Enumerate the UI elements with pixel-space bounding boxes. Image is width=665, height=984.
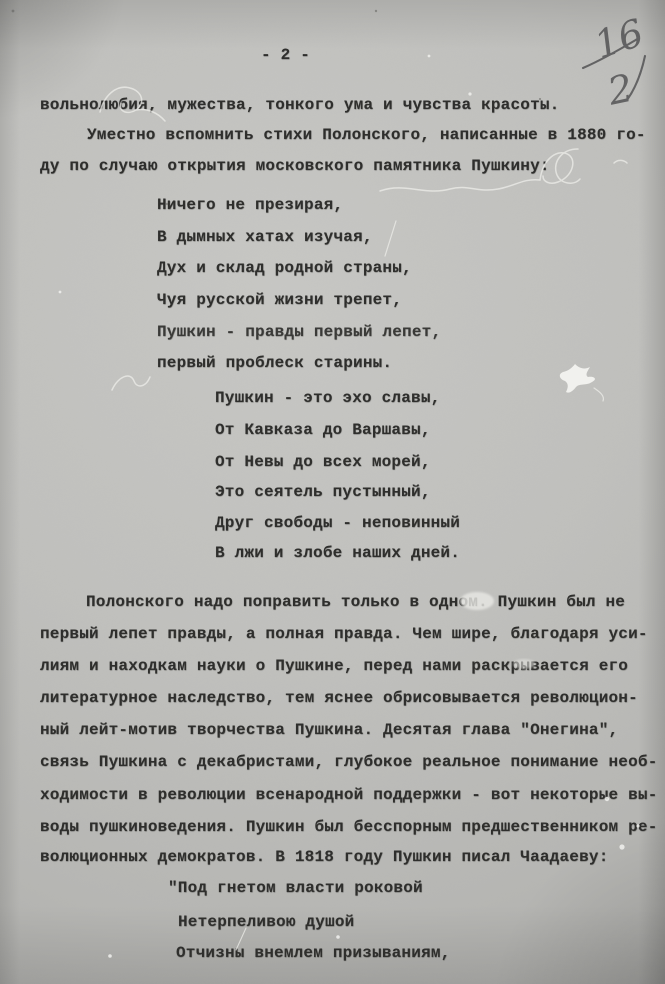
text-line: ный лейт-мотив творчества Пушкина. Десят… [40, 719, 618, 741]
scratch-arc-right [556, 149, 580, 183]
poem-line: Это сеятель пустынный, [215, 481, 431, 503]
poem-line: Пушкин - правды первый лепет, [157, 321, 441, 343]
scratch-wavy-line [380, 180, 540, 191]
white-speck [59, 291, 62, 294]
handwritten-crossed-number: 16 [589, 10, 649, 67]
text-line: ду по случаю открытия московского памятн… [40, 155, 550, 177]
poem-line: Отчизны внемлем призываниям, [176, 942, 450, 964]
poem-line: От Кавказа до Варшавы, [215, 419, 431, 441]
scratch-diagonal [385, 221, 396, 256]
strikethrough-line [583, 38, 639, 68]
text-line: связь Пушкина с декабристами, глубокое р… [40, 751, 658, 773]
text-line: воды пушкиноведения. Пушкин был бесспорн… [40, 816, 658, 838]
blemish-curl [594, 388, 603, 401]
text-line: лиям и находкам науки о Пушкине, перед н… [40, 655, 628, 677]
text-line: волюционных демократов. В 1818 году Пушк… [40, 846, 609, 868]
dark-fleck [12, 10, 15, 13]
text-line: Полонского надо поправить только в одном… [86, 591, 625, 613]
white-speck [108, 954, 112, 958]
handwritten-slash [627, 56, 645, 100]
poem-line: От Невы до всех морей, [215, 451, 431, 473]
scratch-tick [614, 160, 627, 163]
poem-line: Дух и склад родной страны, [157, 257, 412, 279]
handwritten-current-number: 2 [603, 66, 637, 114]
blemish-bird-spot [560, 364, 595, 393]
poem-line: Друг свободы - неповинный [215, 512, 460, 534]
poem-line: первый проблеск старины. [157, 352, 392, 374]
handwritten-page-number: 16 2 [575, 8, 665, 118]
poem-line: В дымных хатах изучая, [157, 226, 373, 248]
document-page: - 2 - вольнолюбия, мужества, тонкого ума… [0, 0, 665, 984]
poem-line: Чуя русской жизни трепет, [157, 289, 402, 311]
poem-line: В лжи и злобе наших дней. [215, 542, 460, 564]
poem-line: Нетерпеливою душой [178, 911, 354, 933]
text-line: первый лепет правды, а полная правда. Че… [40, 623, 648, 645]
text-line: ходимости в революции всенародной поддер… [40, 784, 658, 806]
text-line: литературное наследство, тем яснее обрис… [40, 687, 638, 709]
white-speck [336, 935, 340, 939]
dark-fleck [375, 10, 377, 12]
poem-line: Пушкин - это эхо славы, [215, 387, 440, 409]
text-line: вольнолюбия, мужества, тонкого ума и чув… [40, 94, 559, 116]
white-speck [428, 55, 431, 58]
poem-line: Ничего не презирая, [157, 194, 343, 216]
white-speck [619, 844, 624, 849]
poem-line: "Под гнетом власти роковой [168, 877, 423, 899]
text-line: Уместно вспомнить стихи Полонского, напи… [87, 124, 646, 146]
scratch-wave-left [112, 376, 150, 390]
page-number: - 2 - [261, 44, 310, 66]
